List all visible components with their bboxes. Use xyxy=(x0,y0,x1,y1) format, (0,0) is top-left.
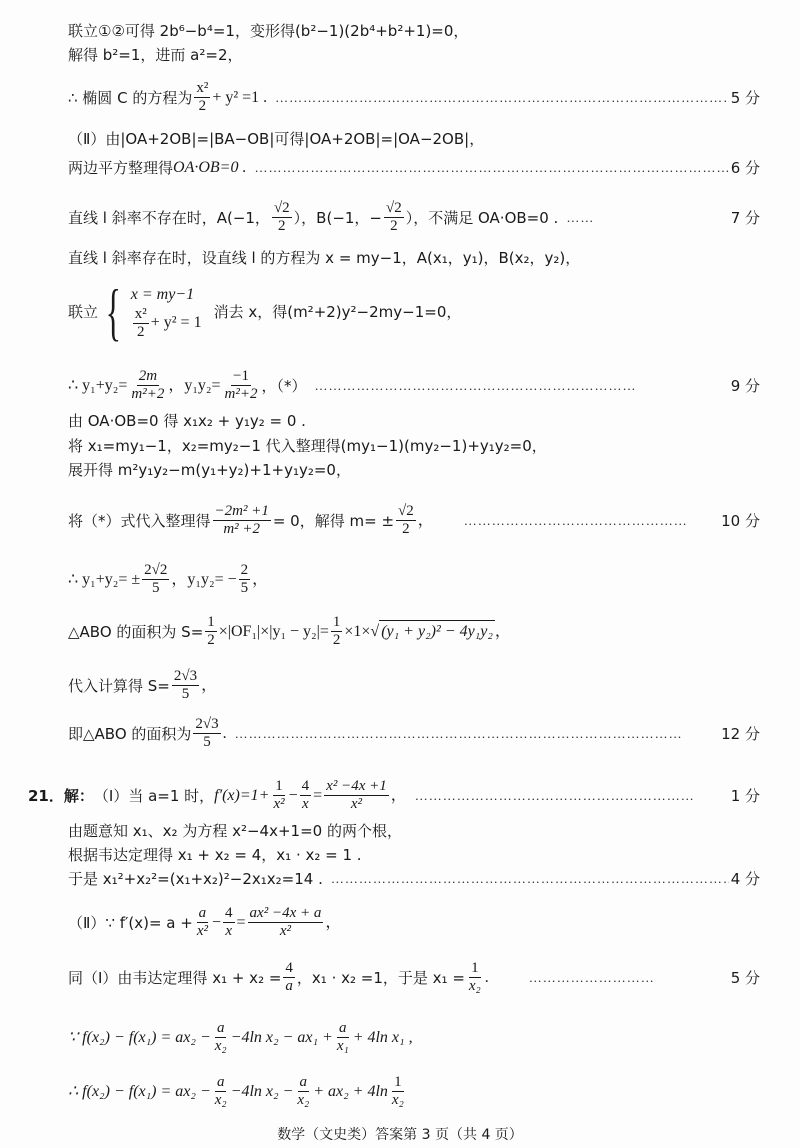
text: （Ⅰ）当 a=1 时， xyxy=(94,785,214,807)
equation: OA·OB=0 . xyxy=(173,157,246,179)
leader-dots: ………………………………………………………………………………………… xyxy=(275,87,729,109)
line-vieta: ∴ y₁+y₂= 2mm²+2 ，y₁y₂= −1m²+2 ，（*） ……………… xyxy=(68,368,760,403)
text: 根据韦达定理得 x₁ + x₂ = 4，x₁ · x₂ = 1 . xyxy=(68,844,362,866)
line-dot-product: 两边平方整理得 OA·OB=0 . …………………………………………………………… xyxy=(68,157,760,179)
fraction: 1x₂ xyxy=(467,960,483,995)
text: ∴ 椭圆 C 的方程为 xyxy=(68,87,192,109)
text: 联立①②可得 2b⁶−b⁴=1，变形得(b²−1)(2b⁴+b²+1)=0， xyxy=(68,20,468,42)
leader-dots: …………………………………………………………… xyxy=(315,375,729,397)
text: 解得 b²=1，进而 a²=2， xyxy=(68,44,243,66)
leader-dots: ……………………… xyxy=(529,967,729,989)
fraction: 2√35 xyxy=(193,716,220,751)
line-expand: 展开得 m²y₁y₂−m(y₁+y₂)+1+y₁y₂=0， xyxy=(68,459,760,481)
fraction: 4x xyxy=(300,778,312,813)
text: 由 OA·OB=0 得 x₁x₂ + y₁y₂ = 0 . xyxy=(68,410,306,432)
text: ），不满足 OA·OB=0 . xyxy=(406,207,559,229)
fraction: 4x xyxy=(223,905,235,940)
equation: ×|OF₁|×|y₁ − y₂|= xyxy=(219,621,329,643)
text: 消去 x，得(m²+2)y²−2my−1=0， xyxy=(214,301,462,323)
leader-dots: …………………………………………………………………………………… xyxy=(235,723,720,745)
line-slope-exists: 直线 l 斜率存在时，设直线 l 的方程为 x = my−1，A(x₁，y₁)，… xyxy=(68,247,760,269)
text: 将 x₁=my₁−1，x₂=my₂−1 代入整理得(my₁−1)(my₂−1)+… xyxy=(68,435,547,457)
equation-system: x = my−1 x²2 + y² = 1 xyxy=(131,284,202,341)
text: 代入计算得 S= xyxy=(68,675,170,697)
text: = 0，解得 m= ± xyxy=(273,510,394,532)
line-solve-b: 解得 b²=1，进而 a²=2， xyxy=(68,44,760,66)
score-label: 4 分 xyxy=(731,868,760,890)
text: ，（*） xyxy=(261,375,306,397)
fraction: ax₂ xyxy=(295,1074,311,1109)
text: ，x₁ · x₂ =1，于是 x₁ = xyxy=(297,967,465,989)
leader-dots: …………………………………………………………………………… xyxy=(331,868,729,890)
fraction: x²2 xyxy=(133,306,149,341)
fraction: 4a xyxy=(283,960,295,995)
answer-sheet-page: 联立①②可得 2b⁶−b⁴=1，变形得(b²−1)(2b⁴+b²+1)=0， 解… xyxy=(0,0,800,1148)
line-f-difference: ∵ f(x₂) − f(x₁) = ax₂ − ax₂ −4ln x₂ − ax… xyxy=(68,1020,760,1055)
line-q21-part2: （Ⅱ）∵ f′(x)= a + ax² − 4x = ax² −4x + ax²… xyxy=(68,905,760,940)
equation: ∴ y₁+y₂= ± xyxy=(68,569,140,591)
leader-dots: …………………………………………………… xyxy=(415,785,729,807)
score-label: 9 分 xyxy=(731,375,760,397)
line-combine-equations: 联立①②可得 2b⁶−b⁴=1，变形得(b²−1)(2b⁴+b²+1)=0， xyxy=(68,20,760,42)
score-label: 5 分 xyxy=(731,967,760,989)
leader-dots: ………………………………………… xyxy=(464,510,719,532)
line-vector-condition: （Ⅱ）由|OA+2OB|=|BA−OB|可得|OA+2OB|=|OA−2OB|， xyxy=(68,128,760,150)
text: 两边平方整理得 xyxy=(68,157,173,179)
fraction: √22 xyxy=(396,503,416,538)
fraction: −2m² +1m² +2 xyxy=(213,503,271,538)
fraction: ax₁ xyxy=(335,1020,351,1055)
score-label: 10 分 xyxy=(721,510,760,532)
equation: ∵ f(x₂) − f(x₁) = ax₂ − xyxy=(68,1027,211,1049)
line-dot-zero: 由 OA·OB=0 得 x₁x₂ + y₁y₂ = 0 . xyxy=(68,410,760,432)
line-area-final: 即△ABO 的面积为 2√35 . …………………………………………………………… xyxy=(68,716,760,751)
line-solve-m: 将（*）式代入整理得 −2m² +1m² +2 = 0，解得 m= ± √22 … xyxy=(68,503,760,538)
brace-icon: { xyxy=(106,282,121,342)
text: 同（Ⅰ）由韦达定理得 x₁ + x₂ = xyxy=(68,967,281,989)
equation: + ax₂ + 4ln xyxy=(313,1081,388,1103)
equation: + y² = 1 xyxy=(151,312,202,334)
line-sum-squares: 于是 x₁²+x₂²=(x₁+x₂)²−2x₁x₂=14 . ………………………… xyxy=(68,868,760,890)
line-system: 联立 { x = my−1 x²2 + y² = 1 消去 x，得(m²+2)y… xyxy=(68,272,760,352)
text: 联立 xyxy=(68,301,98,323)
fraction: √22 xyxy=(384,200,404,235)
sqrt-icon: √ xyxy=(370,621,379,643)
leader-dots: ………………………………………………………………………………………………… xyxy=(254,157,728,179)
equation: ∴ f(x₂) − f(x₁) = ax₂ − xyxy=(68,1081,211,1103)
fraction: −1m²+2 xyxy=(223,368,260,403)
equation: ∴ y₁+y₂= xyxy=(68,375,127,397)
fraction: 2√25 xyxy=(142,562,169,597)
fraction: 12 xyxy=(205,614,217,649)
text: 展开得 m²y₁y₂−m(y₁+y₂)+1+y₁y₂=0， xyxy=(68,459,351,481)
solve-label: 解： xyxy=(64,785,94,807)
fraction: ax₂ xyxy=(213,1074,229,1109)
equation: x = my−1 xyxy=(131,284,202,306)
text: 直线 l 斜率存在时，设直线 l 的方程为 x = my−1，A(x₁，y₁)，… xyxy=(68,247,580,269)
equation: ，y₁y₂= − xyxy=(171,569,236,591)
text: 于是 x₁²+x₂²=(x₁+x₂)²−2x₁x₂=14 . xyxy=(68,868,323,890)
line-q21-part1: 21． 解： （Ⅰ）当 a=1 时， f′(x)=1+ 1x² − 4x = x… xyxy=(28,778,760,813)
equation: + y² =1 . xyxy=(212,87,267,109)
score-label: 12 分 xyxy=(721,723,760,745)
radicand: (y₁ + y₂)² − 4y₁y₂ xyxy=(379,620,495,643)
line-area-formula: △ABO 的面积为 S= 12 ×|OF₁|×|y₁ − y₂|= 12 ×1×… xyxy=(68,614,760,649)
equation: f′(x)=1+ xyxy=(214,785,269,807)
line-vieta-q21: 根据韦达定理得 x₁ + x₂ = 4，x₁ · x₂ = 1 . xyxy=(68,844,760,866)
page-footer: 数学（文史类）答案第 3 页（共 4 页） xyxy=(0,1124,800,1144)
score-label: 5 分 xyxy=(731,87,760,109)
fraction: x² −4x +1x² xyxy=(324,778,389,813)
text: △ABO 的面积为 S= xyxy=(68,621,203,643)
equation: = xyxy=(313,785,322,807)
line-f-difference-subst: ∴ f(x₂) − f(x₁) = ax₂ − ax₂ −4ln x₂ − ax… xyxy=(68,1074,760,1109)
text: 直线 l 斜率不存在时，A(−1， xyxy=(68,207,270,229)
question-number: 21． xyxy=(28,785,64,807)
equation: ，y₁y₂= xyxy=(168,375,220,397)
line-substitute: 将 x₁=my₁−1，x₂=my₂−1 代入整理得(my₁−1)(my₂−1)+… xyxy=(68,435,760,457)
text: ），B(−1，− xyxy=(294,207,382,229)
fraction: 1x² xyxy=(271,778,286,813)
text: （Ⅱ）∵ f′(x)= a + xyxy=(68,912,193,934)
fraction: 25 xyxy=(239,562,251,597)
line-q21-vieta2: 同（Ⅰ）由韦达定理得 x₁ + x₂ = 4a ，x₁ · x₂ =1，于是 x… xyxy=(68,960,760,995)
text: 由题意知 x₁、x₂ 为方程 x²−4x+1=0 的两个根， xyxy=(68,820,402,842)
text: 将（*）式代入整理得 xyxy=(68,510,211,532)
fraction: x²2 xyxy=(194,80,210,115)
score-label: 7 分 xyxy=(731,207,760,229)
line-ellipse-equation: ∴ 椭圆 C 的方程为 x²2 + y² =1 . ……………………………………… xyxy=(68,80,760,115)
line-slope-undefined: 直线 l 斜率不存在时，A(−1， √22 ），B(−1，− √22 ），不满足… xyxy=(68,200,760,235)
text: （Ⅱ）由|OA+2OB|=|BA−OB|可得|OA+2OB|=|OA−2OB|， xyxy=(68,128,484,150)
equation: −4ln x₂ − ax₁ + xyxy=(231,1027,333,1049)
fraction: ax² xyxy=(195,905,210,940)
fraction: 1x₂ xyxy=(390,1074,406,1109)
fraction: 12 xyxy=(331,614,343,649)
score-label: 1 分 xyxy=(731,785,760,807)
equation: + 4ln x₁ , xyxy=(353,1027,413,1049)
fraction: 2√35 xyxy=(172,668,199,703)
text: 即△ABO 的面积为 xyxy=(68,723,191,745)
score-label: 6 分 xyxy=(731,157,760,179)
line-roots: 由题意知 x₁、x₂ 为方程 x²−4x+1=0 的两个根， xyxy=(68,820,760,842)
fraction: ax² −4x + ax² xyxy=(248,905,324,940)
line-area-value: 代入计算得 S= 2√35 ， xyxy=(68,668,760,703)
leader-dots: …… xyxy=(566,207,728,229)
fraction: 2mm²+2 xyxy=(129,368,166,403)
equation: ×1× xyxy=(344,621,370,643)
line-y-values: ∴ y₁+y₂= ± 2√25 ，y₁y₂= − 25 ， xyxy=(68,562,760,597)
fraction: ax₂ xyxy=(213,1020,229,1055)
equation: −4ln x₂ − xyxy=(231,1081,294,1103)
fraction: √22 xyxy=(272,200,292,235)
